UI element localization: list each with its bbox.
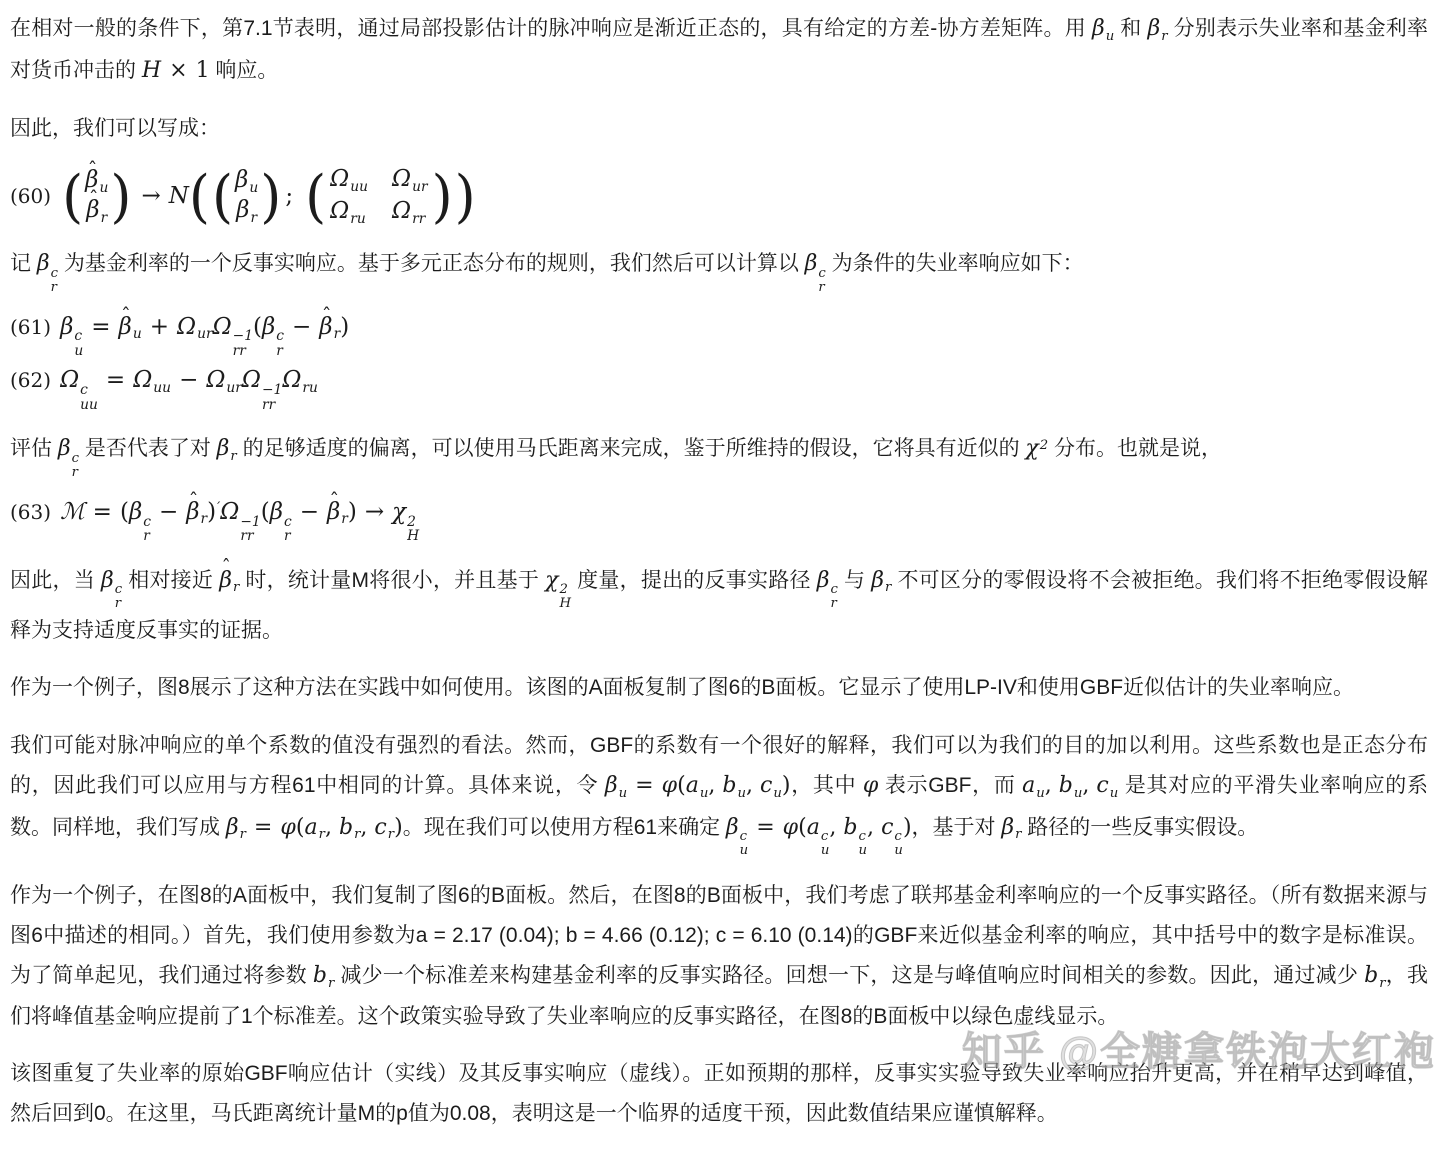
equation-63: (63)ℳ=(βcr−ˆβr)′Ω−1rr(βcr−ˆβr)→χ2H <box>10 498 1428 544</box>
inline-math: au,bu,cu <box>1022 773 1118 798</box>
hat-symbol: ˆβ <box>319 314 332 340</box>
inline-math: βcr <box>37 251 58 276</box>
inline-math: βcu=φ(acu,bcu,ccu) <box>726 815 912 840</box>
left-paren: ( <box>305 170 326 224</box>
inline-math: βcr <box>101 568 122 593</box>
left-paren: ( <box>62 170 83 224</box>
hat-symbol: ˆβ <box>119 314 132 340</box>
hat-symbol: ˆβ <box>327 499 340 525</box>
equation-math: (ˆβuˆβr)→N((βuβr);(ΩuuΩurΩruΩrr)) <box>60 183 476 209</box>
right-paren: ) <box>260 170 281 224</box>
paragraph-4: 评估 βcr 是否代表了对 βr 的足够适度的偏离，可以使用马氏距离来完成，鉴于… <box>10 428 1428 479</box>
paragraph-1: 在相对一般的条件下，第7.1节表明，通过局部投影估计的脉冲响应是渐近正态的，具有… <box>10 8 1428 91</box>
inline-math: H×1 <box>142 58 210 83</box>
document-body: 在相对一般的条件下，第7.1节表明，通过局部投影估计的脉冲响应是渐近正态的，具有… <box>0 0 1440 1161</box>
inline-math: χ2H <box>545 568 571 593</box>
inline-math: βcr <box>805 251 826 276</box>
paragraph-3: 记 βcr 为基金利率的一个反事实响应。基于多元正态分布的规则，我们然后可以计算… <box>10 243 1428 294</box>
inline-math: βr <box>1148 16 1168 41</box>
inline-math: βr <box>871 568 891 593</box>
hat-symbol: ˆβ <box>186 499 199 525</box>
equation-number: (61) <box>10 315 51 339</box>
paragraph-2: 因此，我们可以写成： <box>10 109 1428 148</box>
column-vector: (βuβr) <box>212 167 281 226</box>
inline-math: βcr <box>58 436 79 461</box>
inline-math: br <box>1364 963 1385 988</box>
inline-math: βu=φ(au,bu,cu) <box>605 773 791 798</box>
paragraph-7: 我们可能对脉冲响应的单个系数的值没有强烈的看法。然而，GBF的系数有一个很好的解… <box>10 726 1428 858</box>
inline-math: βr=φ(ar,br,cr) <box>226 815 403 840</box>
inline-math: βcr <box>817 568 838 593</box>
inline-math: br <box>313 963 334 988</box>
matrix: (ΩuuΩurΩruΩrr) <box>305 166 453 227</box>
paragraph-5: 因此，当 βcr 相对接近 ˆβr 时，统计量M将很小，并且基于 χ2H 度量，… <box>10 560 1428 651</box>
equation-math: Ωcuu=Ωuu−ΩurΩ−1rrΩru <box>60 367 318 393</box>
equation-61: (61)βcu=ˆβu+ΩurΩ−1rr(βcr−ˆβr) <box>10 313 1428 359</box>
inline-math: βr <box>1001 815 1021 840</box>
hat-symbol: ˆβ <box>86 197 99 225</box>
paragraph-9: 该图重复了失业率的原始GBF响应估计（实线）及其反事实响应（虚线）。正如预期的那… <box>10 1054 1428 1133</box>
right-paren: ) <box>432 170 453 224</box>
left-paren: ( <box>212 170 233 224</box>
equation-60: (60)(ˆβuˆβr)→N((βuβr);(ΩuuΩurΩruΩrr)) <box>10 166 1428 227</box>
equation-math: βcu=ˆβu+ΩurΩ−1rr(βcr−ˆβr) <box>60 314 349 340</box>
paragraph-6: 作为一个例子，图8展示了这种方法在实践中如何使用。该图的A面板复制了图6的B面板… <box>10 668 1428 707</box>
inline-math: χ2 <box>1025 436 1048 461</box>
inline-math: βr <box>217 436 237 461</box>
inline-math: ˆβr <box>219 568 239 593</box>
right-paren: ) <box>110 170 131 224</box>
hat-symbol: ˆβ <box>219 560 232 601</box>
inline-math: βu <box>1092 16 1114 41</box>
equation-math: ℳ=(βcr−ˆβr)′Ω−1rr(βcr−ˆβr)→χ2H <box>60 499 419 525</box>
equation-62: (62)Ωcuu=Ωuu−ΩurΩ−1rrΩru <box>10 366 1428 412</box>
column-vector: (ˆβuˆβr) <box>62 167 131 226</box>
equation-group: (61)βcu=ˆβu+ΩurΩ−1rr(βcr−ˆβr)(62)Ωcuu=Ωu… <box>10 313 1428 413</box>
equation-number: (62) <box>10 368 51 392</box>
equation-number: (63) <box>10 500 51 524</box>
equation-number: (60) <box>10 184 51 208</box>
paragraph-8: 作为一个例子，在图8的A面板中，我们复制了图6的B面板。然后，在图8的B面板中，… <box>10 876 1428 1036</box>
inline-math: φ <box>863 773 878 798</box>
